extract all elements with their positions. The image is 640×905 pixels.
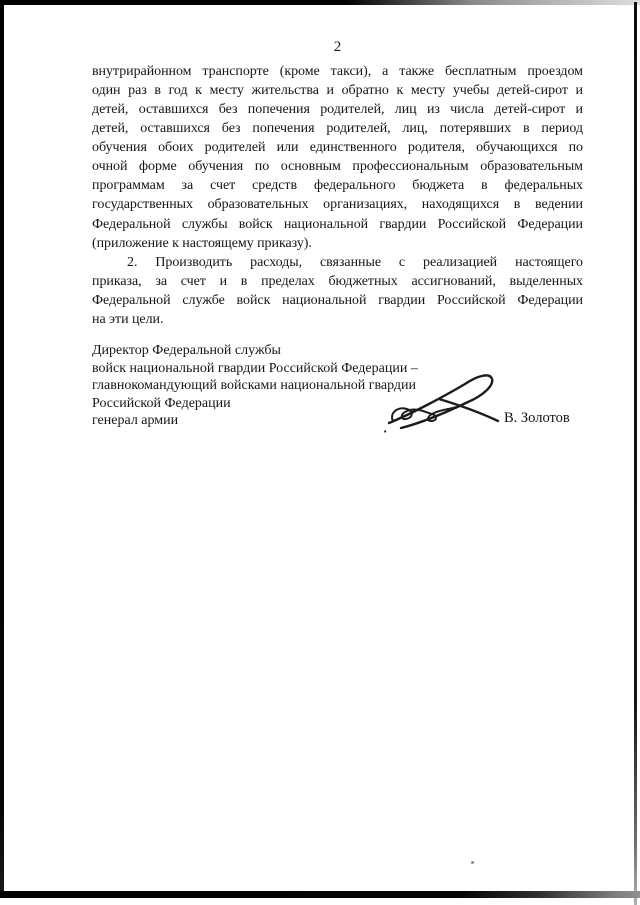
body-line: Федеральной службы войск национальной гв… bbox=[92, 215, 583, 234]
body-line: на эти цели. bbox=[92, 310, 583, 329]
body-line: программам за счет средств федерального … bbox=[92, 176, 583, 195]
body-line: очной форме обучения по основным професс… bbox=[92, 157, 583, 176]
scan-edge-top bbox=[0, 0, 640, 5]
scan-edge-left bbox=[0, 0, 4, 898]
body-line: один раз в год к месту жительства и обра… bbox=[92, 81, 583, 100]
body-line: Федеральной службе войск национальной гв… bbox=[92, 291, 583, 310]
page-number: 2 bbox=[92, 39, 583, 55]
body-line: детей, оставшихся без попечения родителе… bbox=[92, 119, 583, 138]
scan-edge-right bbox=[634, 2, 637, 905]
body-line: 2. Производить расходы, связанные с реал… bbox=[92, 253, 583, 272]
scan-speck bbox=[471, 861, 474, 864]
signature-line: Директор Федеральной службы bbox=[92, 342, 462, 360]
signature-scribble bbox=[381, 371, 503, 435]
body-line: внутрирайонном транспорте (кроме такси),… bbox=[92, 62, 583, 81]
signer-name: В. Золотов bbox=[504, 410, 570, 426]
order-body: внутрирайонном транспорте (кроме такси),… bbox=[92, 62, 583, 329]
body-line: приказа, за счет и в пределах бюджетных … bbox=[92, 272, 583, 291]
body-line: (приложение к настоящему приказу). bbox=[92, 234, 583, 253]
scan-edge-bottom bbox=[0, 891, 640, 898]
body-line: детей, оставшихся без попечения родителе… bbox=[92, 100, 583, 119]
body-line: обучения обоих родителей или единственно… bbox=[92, 138, 583, 157]
document-page: 2 внутрирайонном транспорте (кроме такси… bbox=[0, 0, 640, 905]
body-line: государственных образовательных организа… bbox=[92, 195, 583, 214]
